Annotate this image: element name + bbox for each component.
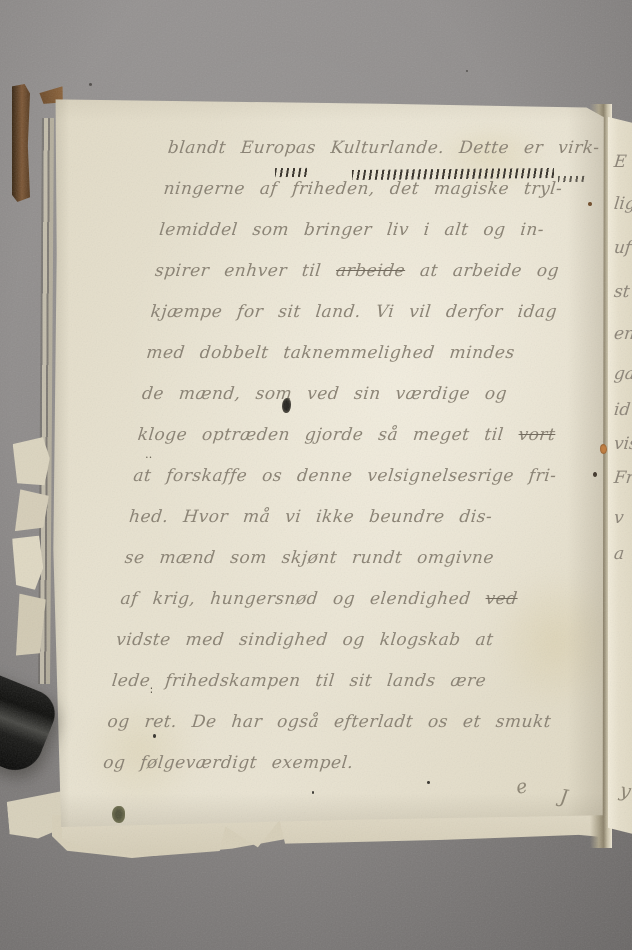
text-line: spirer enhver til arbeide at arbeide og: [153, 251, 593, 292]
facing-page: EligufstengaidvisFrva: [608, 108, 632, 844]
facing-page-text-fragment: st: [613, 282, 631, 302]
text-line: blandt Europas Kulturlande. Dette er vir…: [166, 128, 606, 169]
text-line: lede frihedskampen til sit lands ære: [110, 661, 550, 702]
ink-speck: [153, 734, 156, 738]
dust-speck: [466, 70, 468, 72]
facing-page-text-fragment: lig: [613, 194, 632, 214]
facing-page-text-fragment: a: [613, 544, 625, 564]
text-line: og ret. De har også efterladt os et smuk…: [105, 702, 545, 743]
word-segment: at arbeide og: [404, 261, 560, 281]
text-line: og følgeværdigt exempel.: [101, 743, 541, 784]
facing-page-text-fragment: en: [613, 324, 632, 344]
margin-dot: ‥: [145, 448, 153, 461]
manuscript-page: blandt Europas Kulturlande. Dette er vir…: [50, 92, 606, 830]
word-segment: hed. Hvor må vi ikke beundre dis-: [128, 507, 493, 527]
foxing-spot: [600, 444, 607, 454]
handwriting-text: blandt Europas Kulturlande. Dette er vir…: [101, 128, 606, 784]
stain-blob: [112, 806, 125, 823]
word-segment: lemiddel som bringer liv i alt og in-: [158, 220, 545, 240]
facing-page-text-fragment: uf: [613, 238, 632, 258]
struck-word: ved: [484, 589, 518, 609]
ink-speck: [427, 781, 430, 784]
dust-speck: [89, 83, 92, 86]
facing-page-text-fragment: ga: [613, 364, 632, 384]
text-line: med dobbelt taknemmelighed mindes: [144, 333, 584, 374]
struck-word: arbeide: [335, 261, 406, 281]
facing-page-text-fragment: id: [613, 400, 631, 420]
word-segment: lede frihedskampen til sit lands ære: [111, 671, 487, 691]
word-segment: blandt Europas Kulturlande. Dette er vir…: [167, 138, 601, 158]
facing-page-text-fragment: v: [613, 508, 625, 528]
ink-speck: [312, 791, 314, 794]
word-segment: og følgeværdigt exempel.: [102, 753, 354, 773]
word-segment: ningerne af friheden, det magiske tryl-: [163, 179, 564, 199]
margin-dot: ∶: [150, 684, 154, 697]
facing-page-text-fragment: Fr: [613, 468, 632, 488]
word-segment: af krig, hungersnød og elendighed: [119, 589, 486, 609]
text-line: de mænd, som ved sin værdige og: [140, 374, 580, 415]
word-segment: og ret. De har også efterladt os et smuk…: [107, 712, 553, 732]
text-line: hed. Hvor må vi ikke beundre dis-: [127, 497, 567, 538]
ink-scribble: [558, 176, 586, 182]
word-segment: kjæmpe for sit land. Vi vil derfor idag: [150, 302, 558, 322]
text-line: se mænd som skjønt rundt omgivne: [123, 538, 563, 579]
foxing-spot: [588, 202, 592, 206]
text-line: kjæmpe for sit land. Vi vil derfor idag: [148, 292, 588, 333]
book-spine-edge: [12, 84, 30, 202]
struck-word: vort: [517, 425, 556, 445]
ink-scribble: [275, 168, 307, 177]
text-line: lemiddel som bringer liv i alt og in-: [157, 210, 597, 251]
manuscript-photo: EligufstengaidvisFrva blandt Europas Kul…: [0, 0, 632, 950]
text-line: at forskaffe os denne velsignelsesrige f…: [131, 456, 571, 497]
foxing-spot: [593, 472, 597, 477]
word-segment: vidste med sindighed og klogskab at: [115, 630, 494, 650]
facing-page-text-fragment: E: [613, 152, 628, 172]
word-segment: de mænd, som ved sin værdige og: [141, 384, 508, 404]
word-segment: at forskaffe os denne velsignelsesrige f…: [132, 466, 557, 486]
word-segment: se mænd som skjønt rundt omgivne: [124, 548, 495, 568]
word-segment: med dobbelt taknemmelighed mindes: [145, 343, 515, 363]
text-line: af krig, hungersnød og elendighed ved: [118, 579, 558, 620]
text-line: vidste med sindighed og klogskab at: [114, 620, 554, 661]
facing-page-text-fragment: vis: [613, 434, 632, 454]
word-segment: spirer enhver til: [154, 261, 337, 281]
text-line: kloge optræden gjorde så meget til vort: [136, 415, 576, 456]
word-segment: kloge optræden gjorde så meget til: [137, 425, 520, 445]
ink-scribble: [352, 168, 554, 180]
